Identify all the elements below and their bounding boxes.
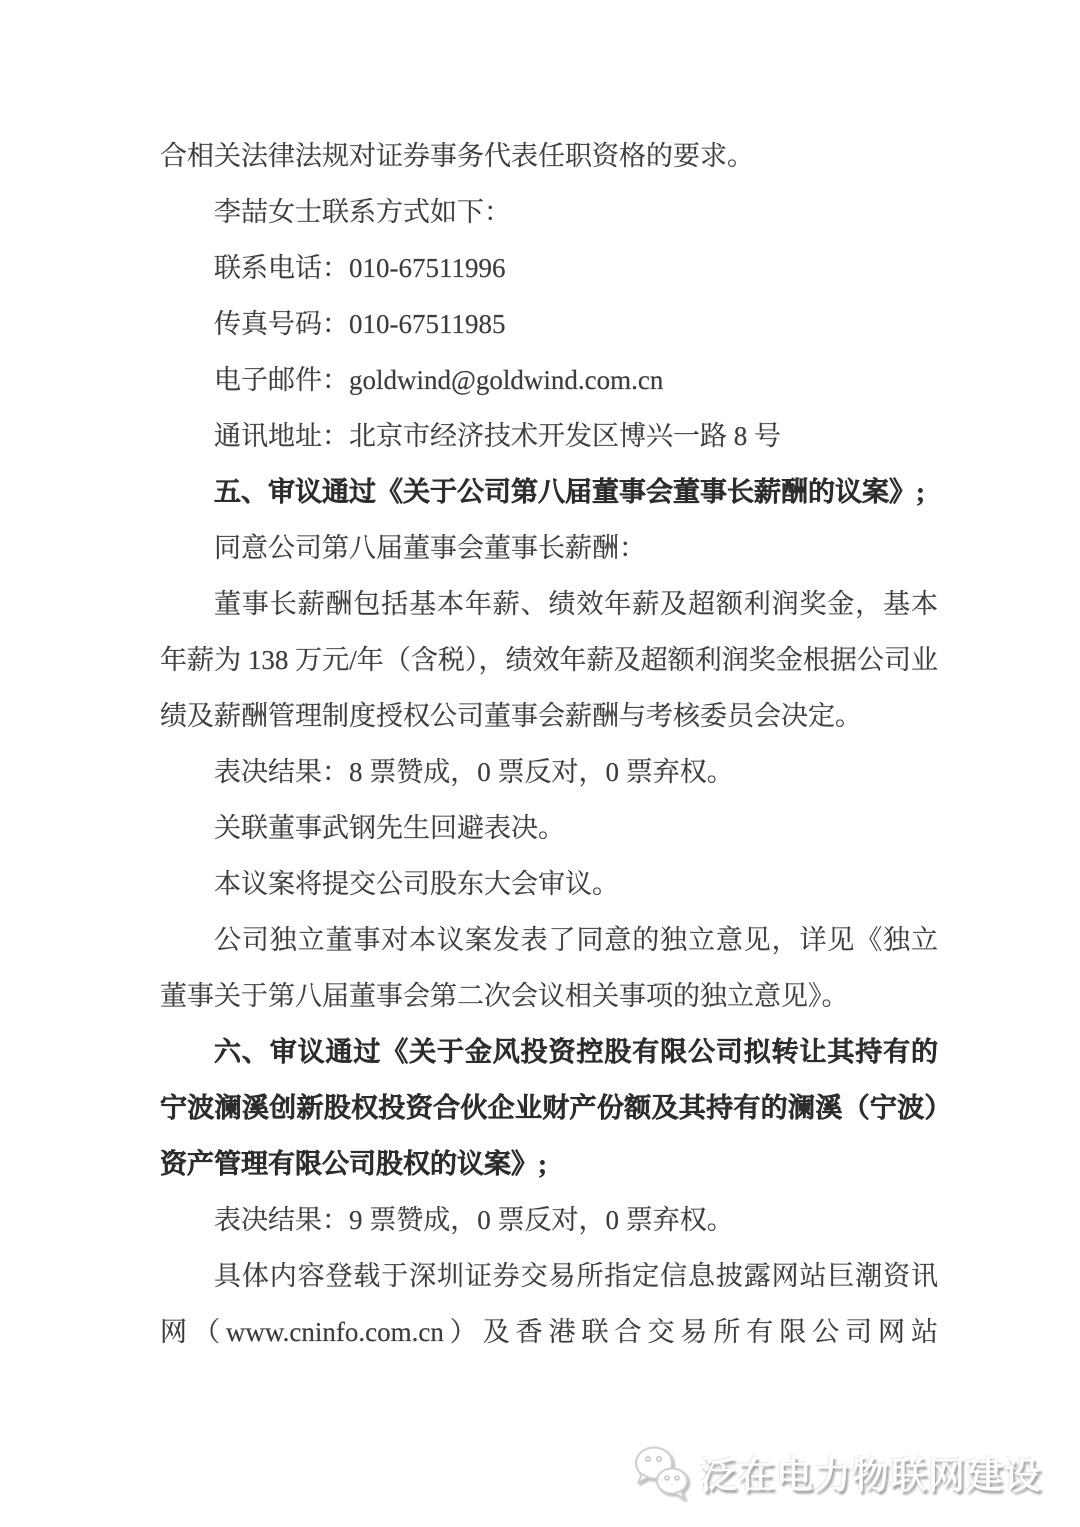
paragraph-agree-salary: 同意公司第八届董事会董事长薪酬： xyxy=(160,520,938,576)
wechat-icon xyxy=(632,1441,692,1503)
paragraph-disclosure-websites: 具体内容登载于深圳证券交易所指定信息披露网站巨潮资讯网（www.cninfo.c… xyxy=(160,1248,938,1360)
document-body: 合相关法律法规对证券事务代表任职资格的要求。 李喆女士联系方式如下： 联系电话：… xyxy=(160,128,938,1360)
paragraph-vote-result-6: 表决结果：9 票赞成，0 票反对，0 票弃权。 xyxy=(160,1192,938,1248)
section-heading-6: 六、审议通过《关于金风投资控股有限公司拟转让其持有的宁波澜溪创新股权投资合伙企业… xyxy=(160,1024,938,1192)
paragraph-email: 电子邮件：goldwind@goldwind.com.cn xyxy=(160,352,938,408)
paragraph-salary-detail: 董事长薪酬包括基本年薪、绩效年薪及超额利润奖金，基本年薪为 138 万元/年（含… xyxy=(160,576,938,744)
section-heading-5: 五、审议通过《关于公司第八届董事会董事长薪酬的议案》; xyxy=(160,464,938,520)
paragraph-fax: 传真号码：010-67511985 xyxy=(160,296,938,352)
document-page: 合相关法律法规对证券事务代表任职资格的要求。 李喆女士联系方式如下： 联系电话：… xyxy=(0,0,1080,1527)
watermark-text: 泛在电力物联网建设 xyxy=(700,1445,1042,1499)
paragraph-phone: 联系电话：010-67511996 xyxy=(160,240,938,296)
watermark: 泛在电力物联网建设 xyxy=(632,1441,1042,1503)
paragraph-submit-shareholders: 本议案将提交公司股东大会审议。 xyxy=(160,856,938,912)
paragraph-vote-result-5: 表决结果：8 票赞成，0 票反对，0 票弃权。 xyxy=(160,744,938,800)
paragraph-address: 通讯地址：北京市经济技术开发区博兴一路 8 号 xyxy=(160,408,938,464)
paragraph-independent-opinion: 公司独立董事对本议案发表了同意的独立意见，详见《独立董事关于第八届董事会第二次会… xyxy=(160,912,938,1024)
paragraph-abstain-director: 关联董事武钢先生回避表决。 xyxy=(160,800,938,856)
paragraph-contact-intro: 李喆女士联系方式如下： xyxy=(160,184,938,240)
paragraph-continuation: 合相关法律法规对证券事务代表任职资格的要求。 xyxy=(160,128,938,184)
